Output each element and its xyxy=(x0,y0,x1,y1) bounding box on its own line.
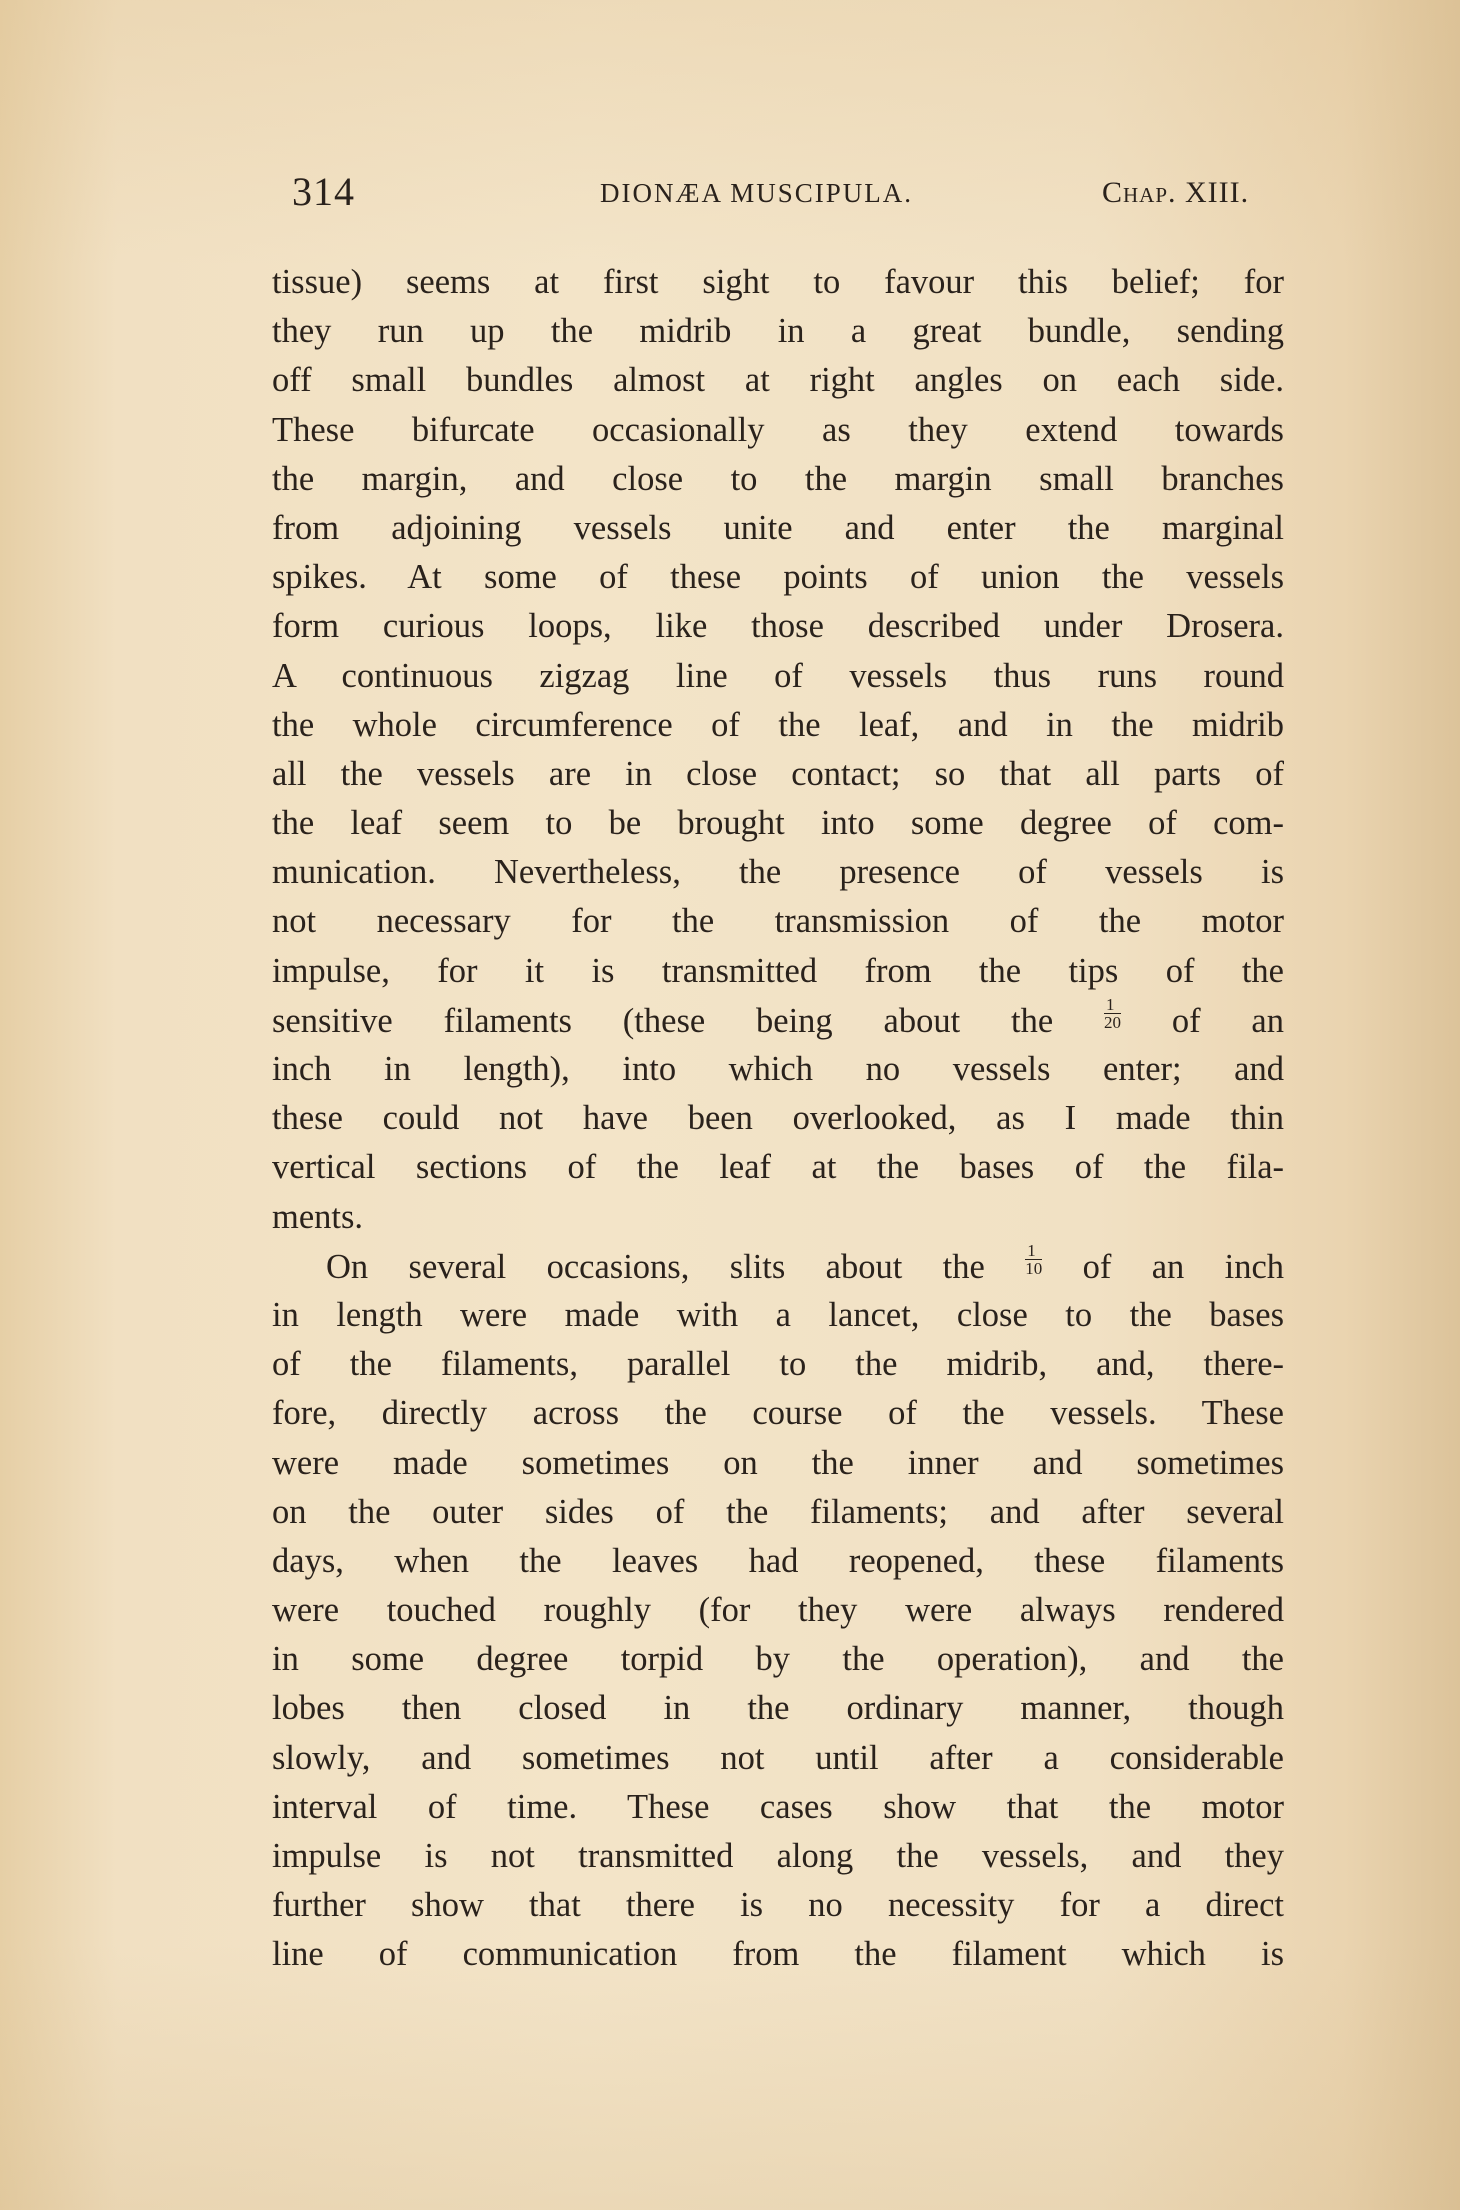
text-line: the leaf seem to be brought into some de… xyxy=(272,799,1284,848)
fraction: 120 xyxy=(1104,996,1121,1031)
text-line: tissue) seems at first sight to favour t… xyxy=(272,258,1284,307)
text-line: fore, directly across the course of the … xyxy=(272,1389,1284,1438)
text-fragment: On several occasions, slits about the xyxy=(326,1248,985,1286)
text-line: slowly, and sometimes not until after a … xyxy=(272,1734,1284,1783)
text-line: off small bundles almost at right angles… xyxy=(272,356,1284,405)
text-line: days, when the leaves had reopened, thes… xyxy=(272,1537,1284,1586)
text-line: in length were made with a lancet, close… xyxy=(272,1291,1284,1340)
fraction-denominator: 20 xyxy=(1104,1014,1121,1031)
text-line: on the outer sides of the filaments; and… xyxy=(272,1488,1284,1537)
text-line: vertical sections of the leaf at the bas… xyxy=(272,1143,1284,1192)
page-number: 314 xyxy=(292,168,355,215)
text-line: of the filaments, parallel to the midrib… xyxy=(272,1340,1284,1389)
text-fragment: of an xyxy=(1172,1002,1284,1040)
text-line: A continuous zigzag line of vessels thus… xyxy=(272,652,1284,701)
text-line: in some degree torpid by the operation),… xyxy=(272,1635,1284,1684)
text-line: These bifurcate occasionally as they ext… xyxy=(272,406,1284,455)
text-line: line of communication from the filament … xyxy=(272,1930,1284,1979)
text-line: they run up the midrib in a great bundle… xyxy=(272,307,1284,356)
text-fragment: sensitive filaments (these being about t… xyxy=(272,1002,1053,1040)
text-line: from adjoining vessels unite and enter t… xyxy=(272,504,1284,553)
text-line: further show that there is no necessity … xyxy=(272,1881,1284,1930)
text-line: the whole circumference of the leaf, and… xyxy=(272,701,1284,750)
running-title: DIONÆA MUSCIPULA. xyxy=(600,178,913,209)
text-line: munication. Nevertheless, the presence o… xyxy=(272,848,1284,897)
text-line: impulse, for it is transmitted from the … xyxy=(272,947,1284,996)
text-line: not necessary for the transmission of th… xyxy=(272,897,1284,946)
running-header: 314 DIONÆA MUSCIPULA. Chap. XIII. xyxy=(292,168,1312,218)
fraction: 110 xyxy=(1025,1242,1042,1277)
text-line-with-fraction: On several occasions, slits about the 11… xyxy=(272,1242,1284,1291)
text-line: impulse is not transmitted along the ves… xyxy=(272,1832,1284,1881)
text-line: lobes then closed in the ordinary manner… xyxy=(272,1684,1284,1733)
text-line: all the vessels are in close contact; so… xyxy=(272,750,1284,799)
body-text: tissue) seems at first sight to favour t… xyxy=(272,258,1284,1980)
text-fragment: of an inch xyxy=(1083,1248,1284,1286)
paragraph-1: tissue) seems at first sight to favour t… xyxy=(272,258,1284,1242)
paragraph-2: On several occasions, slits about the 11… xyxy=(272,1242,1284,1980)
text-line: were made sometimes on the inner and som… xyxy=(272,1439,1284,1488)
text-line: inch in length), into which no vessels e… xyxy=(272,1045,1284,1094)
fraction-numerator: 1 xyxy=(1104,996,1121,1014)
text-line: form curious loops, like those described… xyxy=(272,602,1284,651)
text-line: ments. xyxy=(272,1193,1284,1242)
text-line: interval of time. These cases show that … xyxy=(272,1783,1284,1832)
fraction-numerator: 1 xyxy=(1025,1242,1042,1260)
text-line: these could not have been overlooked, as… xyxy=(272,1094,1284,1143)
chapter-label: Chap. XIII. xyxy=(1102,176,1249,210)
text-line: the margin, and close to the margin smal… xyxy=(272,455,1284,504)
text-line-with-fraction: sensitive filaments (these being about t… xyxy=(272,996,1284,1045)
fraction-denominator: 10 xyxy=(1025,1260,1042,1277)
text-line: were touched roughly (for they were alwa… xyxy=(272,1586,1284,1635)
text-line: spikes. At some of these points of union… xyxy=(272,553,1284,602)
